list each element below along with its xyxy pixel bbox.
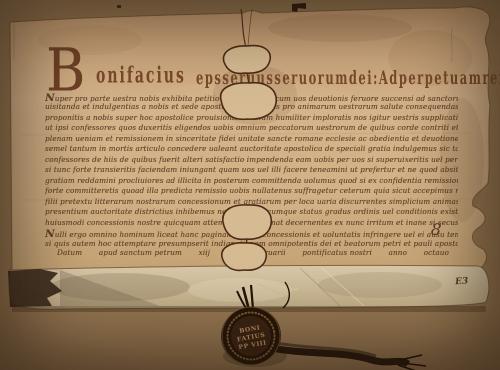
photograph-of-papal-bull: E3 B onifacius eps seruus seruorum dei :… [0,0,500,370]
parchment-patch [221,83,277,120]
parchment-patch [222,243,266,271]
parchment-patch [223,205,271,239]
repairs-and-seal: BONI FATIUS PP VIII [0,0,500,370]
parchment-patch [224,46,271,74]
